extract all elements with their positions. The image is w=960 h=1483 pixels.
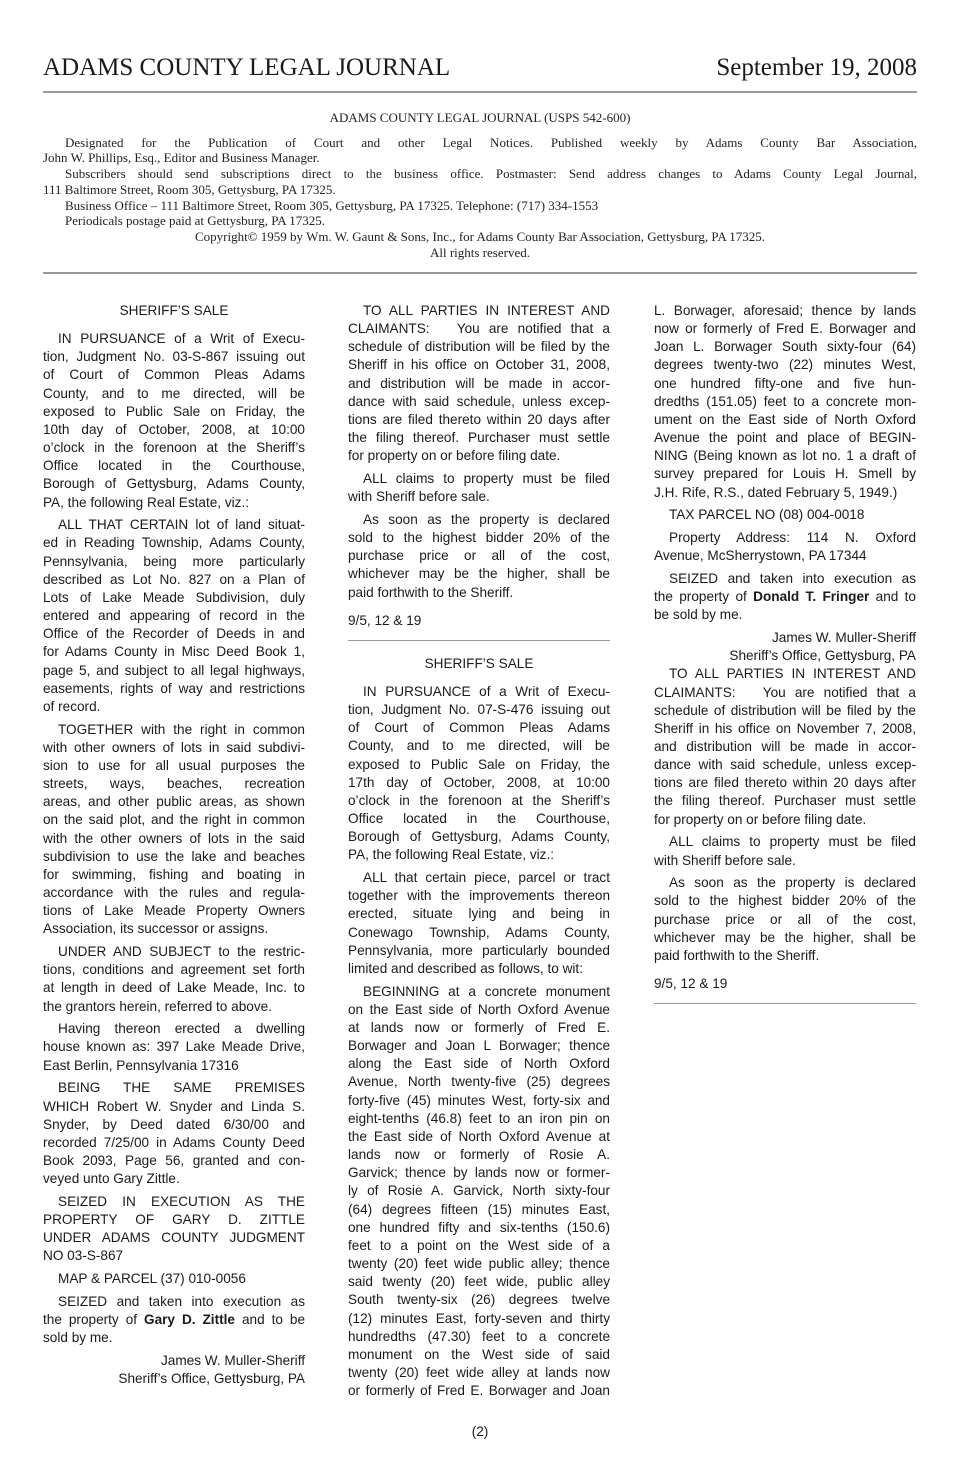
text-line: of Court of Common Pleas Adams (348, 719, 610, 737)
text-line: twenty (20) feet wide alley at lands now (348, 1364, 610, 1382)
text-line: hundredths (47.30) feet to a concrete (348, 1328, 610, 1346)
text-line: lands now or formerly of Rosie A. (348, 1146, 610, 1164)
text-line: ALL claims to property must be filed (654, 833, 916, 851)
notice1-having-thereon: Having thereon erected a dwellinghouse k… (43, 1020, 305, 1074)
text-line: entered and appearing of record in the (43, 607, 305, 625)
notice1-seized-in-execution: SEIZED IN EXECUTION AS THEPROPERTY OF GA… (43, 1193, 305, 1266)
text-line: streets, ways, beaches, recreation (43, 775, 305, 793)
notice1-owner-name: Gary D. Zittle (144, 1312, 235, 1327)
notice1-parties-in-interest: TO ALL PARTIES IN INTEREST ANDCLAIMANTS:… (348, 302, 610, 465)
text-line: ALL claims to property must be filed (348, 470, 610, 488)
text-line: SEIZED IN EXECUTION AS THE (43, 1193, 305, 1211)
notice-end-separator (654, 1003, 916, 1004)
text-line: UNDER ADAMS COUNTY JUDGMENT (43, 1229, 305, 1247)
text-line: Conewago Township, Adams County, (348, 924, 610, 942)
text-line: recorded 7/25/00 in Adams County Deed (43, 1134, 305, 1152)
text-line: exposed to Public Sale on Friday, the (43, 403, 305, 421)
text-line: Avenue, North twenty-five (25) degrees (348, 1073, 610, 1091)
text-line: purchase price or all of the cost, (654, 911, 916, 929)
notice1-map-parcel: MAP & PARCEL (37) 010-0056 (43, 1270, 305, 1288)
text-line: Avenue the point and place of BEGIN- (654, 429, 916, 447)
text-line: erected, situate lying and being in (348, 905, 610, 923)
text-line: tions of Lake Meade Property Owners (43, 902, 305, 920)
text-line: together with the improvements thereon (348, 887, 610, 905)
notice2-property-address: Property Address: 114 N. OxfordAvenue, M… (654, 529, 916, 565)
imprint-designated-line1: Designated for the Publication of Court … (43, 135, 917, 151)
text-line: TO ALL PARTIES IN INTEREST AND (348, 302, 610, 320)
text-line: Borough of Gettysburg, Adams County, (348, 828, 610, 846)
imprint-copyright: Copyright© 1959 by Wm. W. Gaunt & Sons, … (43, 229, 917, 245)
text-line: BEING THE SAME PREMISES (43, 1079, 305, 1097)
imprint-divider (43, 272, 917, 274)
notice2-all-claims: ALL claims to property must be filedwith… (654, 833, 916, 869)
text-line: As soon as the property is declared (348, 511, 610, 529)
text-line: tion, Judgment No. 07-S-476 issuing out (348, 701, 610, 719)
notice2-as-soon-as: As soon as the property is declaredsold … (654, 874, 916, 965)
text-line: limited and described as follows, to wit… (348, 960, 610, 978)
text-line: ALL that certain piece, parcel or tract (348, 869, 610, 887)
column-1: SHERIFF’S SALE IN PURSUANCE of a Writ of… (43, 302, 305, 1388)
text-line: sion to use for all usual purposes the (43, 757, 305, 775)
text-line: ument on the East side of North Oxford (654, 411, 916, 429)
text-line: Lots of Lake Meade Subdivision, duly (43, 589, 305, 607)
text-line: CLAIMANTS: You are notified that a (654, 684, 916, 702)
text-line: Borwager and Joan L Borwager; thence (348, 1037, 610, 1055)
text-line: Association, its successor or assigns. (43, 920, 305, 938)
page-number: (2) (0, 1424, 960, 1439)
text-line: PROPERTY OF GARY D. ZITTLE (43, 1211, 305, 1229)
text-line: Property Address: 114 N. Oxford (654, 529, 916, 547)
imprint-subscribers-line2: 111 Baltimore Street, Room 305, Gettysbu… (43, 182, 917, 198)
text-line: Sheriff in his office on November 7, 200… (654, 720, 916, 738)
text-line: 17th day of October, 2008, at 10:00 (348, 774, 610, 792)
text-line: County, and to me directed, will be (43, 385, 305, 403)
text-line: for swimming, fishing and boating in (43, 866, 305, 884)
text-line: Borough of Gettysburg, Adams County, (43, 475, 305, 493)
text-line: NING (Being known as lot no. 1 a draft o… (654, 447, 916, 465)
imprint-rights: All rights reserved. (43, 245, 917, 261)
notice1-under-and-subject: UNDER AND SUBJECT to the restric-tions, … (43, 943, 305, 1016)
text-line: CLAIMANTS: You are notified that a (348, 320, 610, 338)
column-3: L. Borwager, aforesaid; thence by landsn… (654, 302, 916, 1018)
text-line: (12) minutes East, forty-seven and thirt… (348, 1310, 610, 1328)
notice2-pursuance: IN PURSUANCE of a Writ of Execu-tion, Ju… (348, 683, 610, 865)
text-line: the filing thereof. Purchaser must settl… (654, 792, 916, 810)
text-line: IN PURSUANCE of a Writ of Execu- (348, 683, 610, 701)
text-line: 10th day of October, 2008, at 10:00 (43, 421, 305, 439)
notice2-signature-name: James W. Muller-Sheriff (654, 629, 916, 647)
text-line: subdivision to use the lake and beaches (43, 848, 305, 866)
notice1-all-claims: ALL claims to property must be filedwith… (348, 470, 610, 506)
imprint-heading: ADAMS COUNTY LEGAL JOURNAL (USPS 542-600… (43, 110, 917, 126)
imprint-designated-line2: John W. Phillips, Esq., Editor and Busin… (43, 150, 917, 166)
text-line: paid forthwith to the Sheriff. (348, 584, 610, 602)
text-line: ed in Reading Township, Adams County, (43, 534, 305, 552)
text-line: page 5, and subject to all legal highway… (43, 662, 305, 680)
text-line: survey prepared for Louis H. Smell by (654, 465, 916, 483)
text-line: for Adams County in Misc Deed Book 1, (43, 643, 305, 661)
imprint-designated: Designated for the Publication of Court … (43, 135, 917, 151)
notice1-signature-name: James W. Muller-Sheriff (43, 1352, 305, 1370)
notice1-run-dates: 9/5, 12 & 19 (348, 612, 610, 630)
text-line: L. Borwager, aforesaid; thence by lands (654, 302, 916, 320)
imprint-business-office: Business Office – 111 Baltimore Street, … (43, 198, 917, 214)
text-line: Sheriff in his office on October 31, 200… (348, 356, 610, 374)
text-line: Joan L. Borwager South sixty-four (64) (654, 338, 916, 356)
text-line: As soon as the property is declared (654, 874, 916, 892)
text-line: o’clock in the forenoon at the Sheriff’s (43, 439, 305, 457)
text-line: Office located in the Courthouse, (43, 457, 305, 475)
notice2-beginning: BEGINNING at a concrete monumenton the E… (348, 983, 610, 1401)
notice-separator (348, 640, 610, 641)
notice2-parties-in-interest: TO ALL PARTIES IN INTEREST ANDCLAIMANTS:… (654, 665, 916, 828)
text-line: with Sheriff before sale. (348, 488, 610, 506)
header-divider (43, 91, 917, 93)
text-line: paid forthwith to the Sheriff. (654, 947, 916, 965)
text-line: Pennsylvania, being more particularly (43, 553, 305, 571)
text-line: for property on or before filing date. (348, 447, 610, 465)
journal-title: ADAMS COUNTY LEGAL JOURNAL (43, 50, 450, 86)
text-line: twenty (20) feet wide public alley; then… (348, 1255, 610, 1273)
column-2: TO ALL PARTIES IN INTEREST ANDCLAIMANTS:… (348, 302, 610, 1405)
text-line: one hundred fifty and six-tenths (150.6) (348, 1219, 610, 1237)
text-line: whichever may be the higher, shall be (348, 565, 610, 583)
text-line: at length in deed of Lake Meade, Inc. to (43, 979, 305, 997)
notice2-all-that-certain: ALL that certain piece, parcel or tractt… (348, 869, 610, 978)
text-line: County, and to me directed, will be (348, 737, 610, 755)
text-line: NO 03-S-867 (43, 1247, 305, 1265)
text-line: dance with said schedule, unless excep- (348, 393, 610, 411)
text-line: sold to the highest bidder 20% of the (348, 529, 610, 547)
text-line: one hundred fifty-one and five hun- (654, 375, 916, 393)
text-line: Book 2093, Page 56, granted and con- (43, 1152, 305, 1170)
text-line: Having thereon erected a dwelling (43, 1020, 305, 1038)
text-line: exposed to Public Sale on Friday, the (348, 756, 610, 774)
text-line: tions, conditions and agreement set fort… (43, 961, 305, 979)
text-line: TOGETHER with the right in common (43, 721, 305, 739)
notice1-as-soon-as: As soon as the property is declaredsold … (348, 511, 610, 602)
text-line: along the East side of North Oxford (348, 1055, 610, 1073)
text-line: schedule of distribution will be filed b… (348, 338, 610, 356)
text-line: J.H. Rife, R.S., dated February 5, 1949.… (654, 484, 916, 502)
text-line: at lands now or formerly of Fred E. (348, 1019, 610, 1037)
text-line: easements, rights of way and restriction… (43, 680, 305, 698)
text-line: of Court of Common Pleas Adams (43, 366, 305, 384)
text-line: forty-five (45) minutes West, forty-six … (348, 1092, 610, 1110)
text-line: feet to a point on the West side of a (348, 1237, 610, 1255)
text-line: on the said plot, and the right in commo… (43, 811, 305, 829)
text-line: monument on the West side of said (348, 1346, 610, 1364)
notice1-being-the-same: BEING THE SAME PREMISESWHICH Robert W. S… (43, 1079, 305, 1188)
text-line: described as Lot No. 827 on a Plan of (43, 571, 305, 589)
notice2-seized-taken: SEIZED and taken into execution as the p… (654, 570, 916, 624)
text-line: TO ALL PARTIES IN INTEREST AND (654, 665, 916, 683)
text-line: (64) degrees fifteen (15) minutes East, (348, 1201, 610, 1219)
imprint-subscribers: Subscribers should send subscriptions di… (43, 166, 917, 182)
text-line: dredths (151.05) feet to a concrete mon- (654, 393, 916, 411)
text-line: tion, Judgment No. 03-S-867 issuing out (43, 348, 305, 366)
text-line: now or formerly of Fred E. Borwager and (654, 320, 916, 338)
text-line: veyed unto Gary Zittle. (43, 1170, 305, 1188)
text-line: whichever may be the higher, shall be (654, 929, 916, 947)
text-line: Snyder, by Deed dated 6/30/00 and (43, 1116, 305, 1134)
notice1-seized-taken: SEIZED and taken into execution as the p… (43, 1293, 305, 1347)
notice1-all-that-certain: ALL THAT CERTAIN lot of land situat-ed i… (43, 516, 305, 716)
notice1-heading: SHERIFF’S SALE (43, 302, 305, 320)
text-line: schedule of distribution will be filed b… (654, 702, 916, 720)
text-line: and distribution will be made in accor- (654, 738, 916, 756)
text-line: on the East side of North Oxford Avenue (348, 1001, 610, 1019)
text-line: purchase price or all of the cost, (348, 547, 610, 565)
issue-date: September 19, 2008 (716, 50, 917, 86)
text-line: tions are filed thereto within 20 days a… (654, 774, 916, 792)
text-line: or formerly of Fred E. Borwager and Joan (348, 1382, 610, 1400)
text-line: accordance with the rules and regula- (43, 884, 305, 902)
text-line: Garvick; thence by lands now or former- (348, 1164, 610, 1182)
text-line: for property on or before filing date. (654, 811, 916, 829)
masthead: ADAMS COUNTY LEGAL JOURNAL September 19,… (43, 50, 917, 86)
text-line: the filing thereof. Purchaser must settl… (348, 429, 610, 447)
notice1-signature-office: Sheriff’s Office, Gettysburg, PA (43, 1370, 305, 1388)
notice2-signature-office: Sheriff’s Office, Gettysburg, PA (654, 647, 916, 665)
text-line: UNDER AND SUBJECT to the restric- (43, 943, 305, 961)
text-line: PA, the following Real Estate, viz.: (43, 494, 305, 512)
text-line: IN PURSUANCE of a Writ of Execu- (43, 330, 305, 348)
text-line: the grantors herein, referred to above. (43, 998, 305, 1016)
text-line: ly of Rosie A. Garvick, North sixty-four (348, 1182, 610, 1200)
text-line: the East side of North Oxford Avenue at (348, 1128, 610, 1146)
text-line: with Sheriff before sale. (654, 852, 916, 870)
notice2-owner-name: Donald T. Fringer (753, 589, 869, 604)
text-line: said twenty (20) feet wide, public alley (348, 1273, 610, 1291)
text-line: areas, and other public areas, as shown (43, 793, 305, 811)
text-line: tions are filed thereto within 20 days a… (348, 411, 610, 429)
text-line: South twenty-six (26) degrees twelve (348, 1291, 610, 1309)
notice2-beginning-continued: L. Borwager, aforesaid; thence by landsn… (654, 302, 916, 502)
text-line: o’clock in the forenoon at the Sheriff’s (348, 792, 610, 810)
text-line: eight-tenths (46.8) feet to an iron pin … (348, 1110, 610, 1128)
imprint-subscribers-line1: Subscribers should send subscriptions di… (43, 166, 917, 182)
text-line: ALL THAT CERTAIN lot of land situat- (43, 516, 305, 534)
text-line: with other owners of lots in said subdiv… (43, 739, 305, 757)
text-line: with the other owners of lots in the sai… (43, 830, 305, 848)
text-line: sold to the highest bidder 20% of the (654, 892, 916, 910)
notice2-heading: SHERIFF’S SALE (348, 655, 610, 673)
text-line: Office located in the Courthouse, (348, 810, 610, 828)
text-line: WHICH Robert W. Snyder and Linda S. (43, 1098, 305, 1116)
imprint-postage: Periodicals postage paid at Gettysburg, … (43, 213, 917, 229)
text-line: house known as: 397 Lake Meade Drive, (43, 1038, 305, 1056)
text-line: PA, the following Real Estate, viz.: (348, 846, 610, 864)
text-line: degrees twenty-two (22) minutes West, (654, 356, 916, 374)
notice1-together: TOGETHER with the right in commonwith ot… (43, 721, 305, 939)
text-line: Pennsylvania, more particularly bounded (348, 942, 610, 960)
text-line: Office of the Recorder of Deeds in and (43, 625, 305, 643)
text-line: dance with said schedule, unless excep- (654, 756, 916, 774)
notice2-run-dates: 9/5, 12 & 19 (654, 975, 916, 993)
text-line: and distribution will be made in accor- (348, 375, 610, 393)
notice2-tax-parcel: TAX PARCEL NO (08) 004-0018 (654, 506, 916, 524)
imprint-block: ADAMS COUNTY LEGAL JOURNAL (USPS 542-600… (43, 110, 917, 260)
text-line: Avenue, McSherrystown, PA 17344 (654, 547, 916, 565)
text-line: East Berlin, Pennsylvania 17316 (43, 1057, 305, 1075)
text-line: of record. (43, 698, 305, 716)
notice1-pursuance: IN PURSUANCE of a Writ of Execu-tion, Ju… (43, 330, 305, 512)
text-line: BEGINNING at a concrete monument (348, 983, 610, 1001)
